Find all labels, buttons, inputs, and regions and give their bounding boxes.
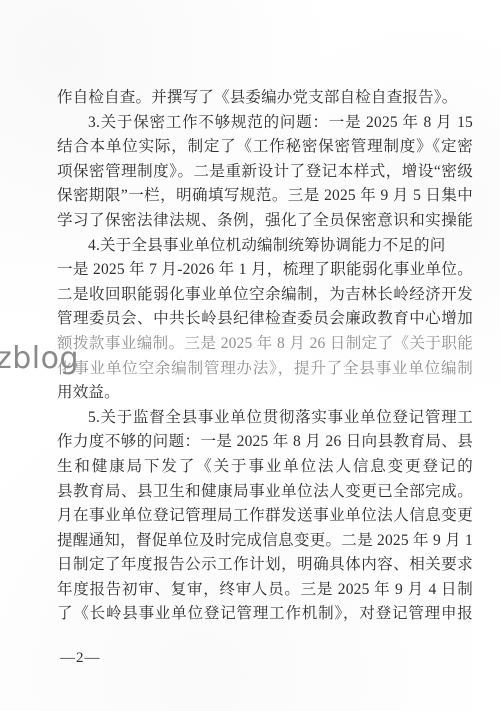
text-line: 提醒通知，督促单位及时完成信息变更。二是 2025 年 9 月 1 bbox=[57, 529, 473, 554]
text-line: 管理委员会、中共长岭县纪律检查委员会廉政教育中心增加全 bbox=[57, 307, 473, 332]
text-line: 二是收回职能弱化事业单位空余编制，为吉林长岭经济开发区 bbox=[57, 283, 473, 308]
text-line: 3.关于保密工作不够规范的问题：一是 2025 年 8 月 15 日 bbox=[57, 111, 473, 136]
text-line: 生和健康局下发了《关于事业单位法人信息变更登记的函》， bbox=[57, 455, 473, 480]
text-line: 4.关于全县事业单位机动编制统筹协调能力不足的问题： bbox=[57, 234, 473, 259]
text-line: 结合本单位实际，制定了《工作秘密保密管理制度》《定密事 bbox=[57, 135, 473, 160]
watermark: zblog bbox=[0, 341, 79, 376]
text-line: 额拨款事业编制。三是 2025 年 8 月 26 日制定了《关于职能弱 bbox=[57, 332, 473, 357]
text-line: 作自检自查。并撰写了《县委编办党支部自检自查报告》。 bbox=[57, 86, 473, 111]
text-line: 月在事业单位登记管理局工作群发送事业单位法人信息变更 bbox=[57, 504, 473, 529]
text-line: 一是 2025 年 7 月-2026 年 1 月，梳理了职能弱化事业单位。 bbox=[57, 258, 473, 283]
document-page: 作自检自查。并撰写了《县委编办党支部自检自查报告》。3.关于保密工作不够规范的问… bbox=[0, 0, 500, 711]
text-line: 化事业单位空余编制管理办法》，提升了全县事业单位编制使 bbox=[57, 357, 473, 382]
text-line: 年度报告初审、复审，终审人员。三是 2025 年 9 月 4 日制定 bbox=[57, 578, 473, 603]
text-line: 5.关于监督全县事业单位贯彻落实事业单位登记管理工 bbox=[57, 406, 473, 431]
page-number: —2— bbox=[60, 650, 101, 667]
text-line: 作力度不够的问题：一是 2025 年 8 月 26 日向县教育局、县卫 bbox=[57, 430, 473, 455]
text-line: 了《长岭县事业单位登记管理工作机制》，对登记管理申报材 bbox=[57, 602, 473, 627]
text-line: 日制定了年度报告公示工作计划，明确具体内容、相关要求和 bbox=[57, 553, 473, 578]
document-text-block: 作自检自查。并撰写了《县委编办党支部自检自查报告》。3.关于保密工作不够规范的问… bbox=[57, 86, 473, 627]
text-line: 保密期限”一栏，明确填写规范。三是 2025 年 9 月 5 日集中 bbox=[57, 184, 473, 209]
text-line: 项保密管理制度》。二是重新设计了登记本样式，增设“密级 bbox=[57, 160, 473, 185]
text-line: 县教育局、县卫生和健康局事业单位法人变更已全部完成。每 bbox=[57, 480, 473, 505]
text-line: 用效益。 bbox=[57, 381, 473, 406]
text-line: 学习了保密法律法规、条例，强化了全员保密意识和实操能力。 bbox=[57, 209, 473, 234]
